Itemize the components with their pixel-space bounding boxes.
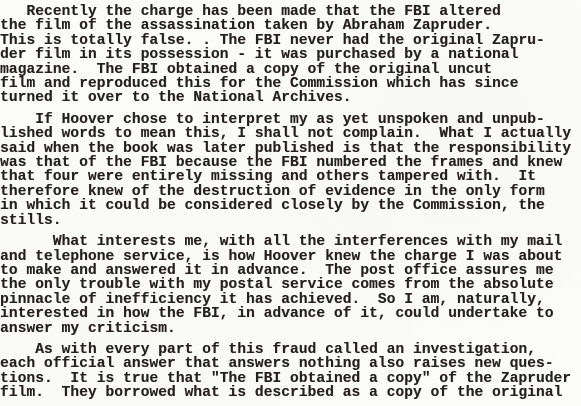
paragraph-mail-interference: What interests me, with all the interfer…	[0, 235, 581, 336]
paragraph-zapruder-charge: Recently the charge has been made that t…	[0, 5, 581, 106]
paragraph-fraud-investigation: As with every part of this fraud called …	[0, 343, 581, 401]
paragraph-hoover-interpret: If Hoover chose to interpret my as yet u…	[0, 113, 581, 228]
document-page: Recently the charge has been made that t…	[0, 0, 581, 406]
